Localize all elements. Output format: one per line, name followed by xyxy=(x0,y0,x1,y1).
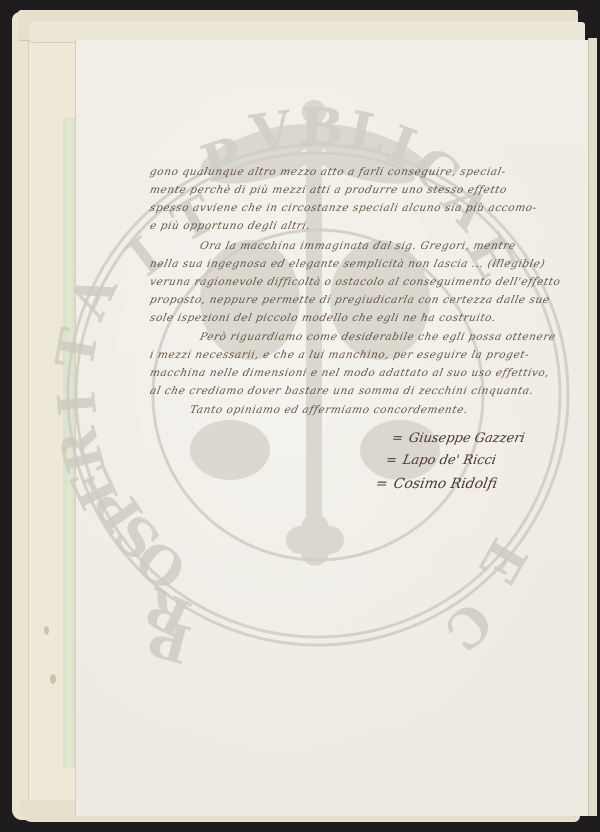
text-line: i mezzi necessarii, e che a lui manchino… xyxy=(149,349,531,361)
text-line: proposto, neppure permette di pregiudica… xyxy=(149,294,551,306)
text-line: macchina nelle dimensioni e nel modo ada… xyxy=(149,367,551,379)
text-line: e più opportuno degli altri. xyxy=(149,220,312,232)
signature-name: Giuseppe Gazzeri xyxy=(408,431,526,446)
signature: =Cosimo Ridolfi xyxy=(375,476,499,492)
text-line: veruna ragionevole difficoltà o ostacolo… xyxy=(149,276,562,288)
signature: =Giuseppe Gazzeri xyxy=(391,431,526,446)
text-line: mente perchè di più mezzi atti a produrr… xyxy=(149,184,508,196)
signature: =Lapo de' Ricci xyxy=(385,453,498,468)
signature-prefix: = xyxy=(375,476,390,492)
text-line: Però riguardiamo come desiderabile che e… xyxy=(199,331,557,343)
signature-prefix: = xyxy=(385,453,399,468)
text-line: nella sua ingegnosa ed elegante semplici… xyxy=(149,258,547,270)
text-line: Tanto opiniamo ed affermiamo concordemen… xyxy=(189,404,469,416)
text-line: al che crediamo dover bastare una somma … xyxy=(149,385,535,397)
signature-name: Cosimo Ridolfi xyxy=(392,476,498,492)
signature-name: Lapo de' Ricci xyxy=(402,453,498,468)
manuscript-text: gono qualunque altro mezzo atto a farli … xyxy=(0,0,600,832)
text-line: gono qualunque altro mezzo atto a farli … xyxy=(149,166,507,178)
text-line: spesso avviene che in circostanze specia… xyxy=(149,202,538,214)
text-line: sole ispezioni del piccolo modello che e… xyxy=(149,312,497,324)
signature-prefix: = xyxy=(391,431,405,446)
text-line: Ora la macchina immaginata dal sig. Greg… xyxy=(199,240,517,252)
